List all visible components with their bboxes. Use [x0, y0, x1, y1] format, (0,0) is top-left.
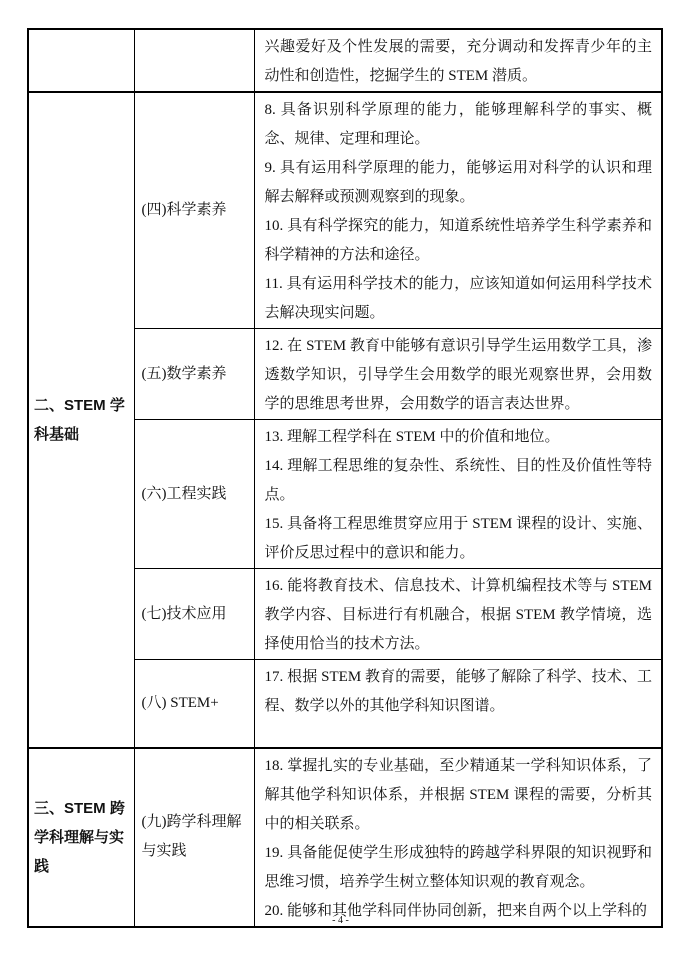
table-row: 三、STEM 跨学科理解与实践 (九)跨学科理解与实践 18. 掌握扎实的专业基…	[28, 748, 662, 927]
document-page: 兴趣爱好及个性发展的需要，充分调动和发挥青少年的主动性和创造性，挖掘学生的 ST…	[0, 0, 681, 953]
cell-sub-interdisciplinary: (九)跨学科理解与实践	[134, 748, 254, 927]
content-item: 11. 具有运用科学技术的能力，应该知道如何运用科学技术去解决现实问题。	[265, 270, 653, 328]
sub-label: (五)数学素养	[142, 366, 227, 382]
sub-label: (四)科学素养	[142, 202, 227, 218]
cell-sub-engineering-practice: (六)工程实践	[134, 420, 254, 569]
section3-title-text: 三、STEM 跨学科理解与实践	[34, 800, 125, 875]
sub-label: (九)跨学科理解与实践	[142, 814, 242, 859]
content-item: 18. 掌握扎实的专业基础，至少精通某一学科知识体系，了解其他学科知识体系，并根…	[265, 752, 653, 839]
content-item: 10. 具有科学探究的能力，知道系统性培养学生科学素养和科学精神的方法和途径。	[265, 212, 653, 270]
sub-label: (六)工程实践	[142, 486, 227, 502]
cell-subdimension-empty	[134, 29, 254, 92]
content-item: 16. 能将教育技术、信息技术、计算机编程技术等与 STEM 教学内容、目标进行…	[265, 572, 653, 659]
content-item: 9. 具有运用科学原理的能力，能够运用对科学的认识和理解去解释或预测观察到的现象…	[265, 154, 653, 212]
content-item: 19. 具备能促使学生形成独特的跨越学科界限的知识视野和思维习惯，培养学生树立整…	[265, 839, 653, 897]
content-paragraph: 兴趣爱好及个性发展的需要，充分调动和发挥青少年的主动性和创造性，挖掘学生的 ST…	[265, 33, 653, 91]
table-row: 兴趣爱好及个性发展的需要，充分调动和发挥青少年的主动性和创造性，挖掘学生的 ST…	[28, 29, 662, 92]
content-item: 13. 理解工程学科在 STEM 中的价值和地位。	[265, 423, 653, 452]
cell-sub-science-literacy: (四)科学素养	[134, 92, 254, 329]
content-item: 12. 在 STEM 教育中能够有意识引导学生运用数学工具，渗透数学知识，引导学…	[265, 332, 653, 419]
cell-content-interdisciplinary: 18. 掌握扎实的专业基础，至少精通某一学科知识体系，了解其他学科知识体系，并根…	[254, 748, 662, 927]
content-item: 8. 具备识别科学原理的能力，能够理解科学的事实、概念、规律、定理和理论。	[265, 96, 653, 154]
content-item: 15. 具备将工程思维贯穿应用于 STEM 课程的设计、实施、评价反思过程中的意…	[265, 510, 653, 568]
section2-title-text: 二、STEM 学科基础	[34, 397, 125, 443]
cell-dimension-empty	[28, 29, 134, 92]
cell-content-technology-application: 16. 能将教育技术、信息技术、计算机编程技术等与 STEM 教学内容、目标进行…	[254, 569, 662, 660]
cell-content-math-literacy: 12. 在 STEM 教育中能够有意识引导学生运用数学工具，渗透数学知识，引导学…	[254, 329, 662, 420]
cell-section2-title: 二、STEM 学科基础	[28, 92, 134, 748]
cell-section3-title: 三、STEM 跨学科理解与实践	[28, 748, 134, 927]
content-item: 17. 根据 STEM 教育的需要，能够了解除了科学、技术、工程、数学以外的其他…	[265, 663, 653, 721]
sub-label: (八) STEM+	[142, 695, 219, 711]
cell-sub-math-literacy: (五)数学素养	[134, 329, 254, 420]
cell-content-engineering-practice: 13. 理解工程学科在 STEM 中的价值和地位。 14. 理解工程思维的复杂性…	[254, 420, 662, 569]
sub-label: (七)技术应用	[142, 606, 227, 622]
cell-content-stem-plus: 17. 根据 STEM 教育的需要，能够了解除了科学、技术、工程、数学以外的其他…	[254, 660, 662, 748]
cell-sub-stem-plus: (八) STEM+	[134, 660, 254, 748]
page-number: - 4 -	[0, 914, 681, 928]
stem-competency-table: 兴趣爱好及个性发展的需要，充分调动和发挥青少年的主动性和创造性，挖掘学生的 ST…	[27, 28, 663, 928]
cell-content-continuation: 兴趣爱好及个性发展的需要，充分调动和发挥青少年的主动性和创造性，挖掘学生的 ST…	[254, 29, 662, 92]
cell-sub-technology-application: (七)技术应用	[134, 569, 254, 660]
content-item: 14. 理解工程思维的复杂性、系统性、目的性及价值性等特点。	[265, 452, 653, 510]
table-row: 二、STEM 学科基础 (四)科学素养 8. 具备识别科学原理的能力，能够理解科…	[28, 92, 662, 329]
cell-content-science-literacy: 8. 具备识别科学原理的能力，能够理解科学的事实、概念、规律、定理和理论。 9.…	[254, 92, 662, 329]
